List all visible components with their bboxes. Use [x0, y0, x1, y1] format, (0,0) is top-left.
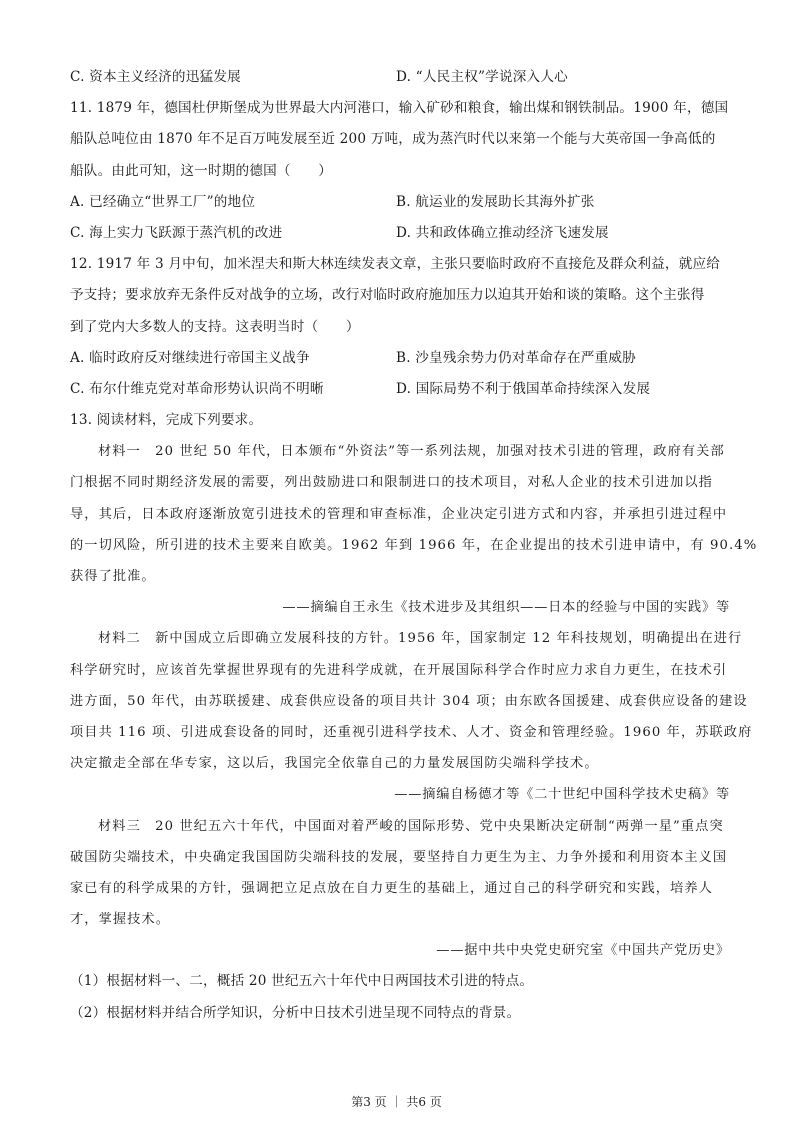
option-text: 已经确立“世界工厂”的地位	[89, 194, 255, 210]
q10-option-c: C. 资本主义经济的迅猛发展	[70, 62, 396, 93]
question-11: 11. 1879 年，德国杜伊斯堡成为世界最大内河港口，输入矿砂和粮食，输出煤和…	[70, 93, 730, 249]
option-text: “人民主权”学说深入人心	[416, 69, 568, 85]
material-line: 材料一 20 世纪 50 年代，日本颁布“外资法”等一系列法规，加强对技术引进的…	[70, 436, 730, 467]
option-label: A.	[70, 194, 85, 210]
q10-option-d: D. “人民主权”学说深入人心	[396, 62, 722, 93]
q13-intro: 13. 阅读材料，完成下列要求。	[70, 405, 730, 436]
q13-subquestion-1: （1）根据材料一、二，概括 20 世纪五六十年代中日两国技术引进的特点。	[70, 966, 730, 997]
q12-options-row-cd: C. 布尔什维克党对革命形势认识尚不明晰 D. 国际局势不利于俄国革命持续深入发…	[70, 374, 730, 405]
material-line: 材料二 新中国成立后即确立发展科技的方针。1956 年，国家制定 12 年科技规…	[70, 623, 730, 654]
q10-options-row-cd: C. 资本主义经济的迅猛发展 D. “人民主权”学说深入人心	[70, 62, 730, 93]
q12-stem-line: 12. 1917 年 3 月中旬，加米涅夫和斯大林连续发表文章，主张只要临时政府…	[70, 249, 730, 280]
material-line: 的一切风险，所引进的技术主要来自欧美。1962 年到 1966 年，在企业提出的…	[70, 530, 730, 561]
material-line: 门根据不同时期经济发展的需要，列出鼓励进口和限制进口的技术项目，对私人企业的技术…	[70, 467, 730, 498]
q11-options-row-cd: C. 海上实力飞跃源于蒸汽机的改进 D. 共和政体确立推动经济飞速发展	[70, 218, 730, 249]
option-label: D.	[396, 69, 411, 85]
material-line: 进方面，50 年代，由苏联援建、成套供应设备的项目共计 304 项；由东欧各国援…	[70, 686, 730, 717]
q11-stem-line: 船队。由此可知，这一时期的德国（ ）	[70, 156, 730, 187]
page-footer: 第3 页 ｜ 共6 页	[0, 1093, 793, 1110]
material-line: 破国防尖端技术，中央确定我国国防尖端科技的发展，要坚持自力更生为主、力争外援和利…	[70, 842, 730, 873]
q12-stem-line: 予支持；要求放弃无条件反对战争的立场，改行对临时政府施加压力以迫其开始和谈的策略…	[70, 280, 730, 311]
exam-page: C. 资本主义经济的迅猛发展 D. “人民主权”学说深入人心 11. 1879 …	[70, 62, 730, 1029]
q12-option-c: C. 布尔什维克党对革命形势认识尚不明晰	[70, 374, 396, 405]
option-label: A.	[70, 350, 85, 366]
material-2: 材料二 新中国成立后即确立发展科技的方针。1956 年，国家制定 12 年科技规…	[70, 623, 730, 810]
material-source: ——摘编自杨德才等《二十世纪中国科学技术史稿》等	[70, 779, 730, 810]
q12-option-d: D. 国际局势不利于俄国革命持续深入发展	[396, 374, 722, 405]
option-label: D.	[396, 225, 411, 241]
option-text: 共和政体确立推动经济飞速发展	[416, 225, 609, 241]
q11-stem-line: 船队总吨位由 1870 年不足百万吨发展至近 200 万吨，成为蒸汽时代以来第一…	[70, 124, 730, 155]
q11-option-b: B. 航运业的发展助长其海外扩张	[396, 187, 722, 218]
option-label: B.	[396, 350, 411, 366]
option-text: 资本主义经济的迅猛发展	[89, 69, 241, 85]
option-label: C.	[70, 381, 85, 397]
option-text: 临时政府反对继续进行帝国主义战争	[89, 350, 310, 366]
q12-options-row-ab: A. 临时政府反对继续进行帝国主义战争 B. 沙皇残余势力仍对革命存在严重威胁	[70, 343, 730, 374]
material-line: 科学研究时，应该首先掌握世界现有的先进科学成就，在开展国际科学合作时应力求自力更…	[70, 655, 730, 686]
material-line: 获得了批准。	[70, 561, 730, 592]
material-line: 导，其后，日本政府逐渐放宽引进技术的管理和审查标准，企业决定引进方式和内容，并承…	[70, 499, 730, 530]
option-label: D.	[396, 381, 411, 397]
q12-stem-line: 到了党内大多数人的支持。这表明当时（ ）	[70, 312, 730, 343]
option-label: B.	[396, 194, 411, 210]
q11-option-c: C. 海上实力飞跃源于蒸汽机的改进	[70, 218, 396, 249]
material-3: 材料三 20 世纪五六十年代，中国面对着严峻的国际形势、党中央果断决定研制“两弹…	[70, 811, 730, 967]
option-text: 国际局势不利于俄国革命持续深入发展	[416, 381, 651, 397]
option-label: C.	[70, 69, 85, 85]
material-line: 材料三 20 世纪五六十年代，中国面对着严峻的国际形势、党中央果断决定研制“两弹…	[70, 811, 730, 842]
option-text: 沙皇残余势力仍对革命存在严重威胁	[415, 350, 636, 366]
q12-option-b: B. 沙皇残余势力仍对革命存在严重威胁	[396, 343, 722, 374]
material-1: 材料一 20 世纪 50 年代，日本颁布“外资法”等一系列法规，加强对技术引进的…	[70, 436, 730, 623]
q11-option-a: A. 已经确立“世界工厂”的地位	[70, 187, 396, 218]
material-source: ——据中共中央党史研究室《中国共产党历史》	[70, 935, 730, 966]
option-text: 航运业的发展助长其海外扩张	[415, 194, 594, 210]
option-text: 布尔什维克党对革命形势认识尚不明晰	[89, 381, 324, 397]
q11-options-row-ab: A. 已经确立“世界工厂”的地位 B. 航运业的发展助长其海外扩张	[70, 187, 730, 218]
q11-option-d: D. 共和政体确立推动经济飞速发展	[396, 218, 722, 249]
question-12: 12. 1917 年 3 月中旬，加米涅夫和斯大林连续发表文章，主张只要临时政府…	[70, 249, 730, 405]
material-line: 才，掌握技术。	[70, 904, 730, 935]
material-line: 项目共 116 项、引进成套设备的同时，还重视引进科学技术、人才、资金和管理经验…	[70, 717, 730, 748]
material-line: 决定撤走全部在华专家，这以后，我国完全依靠自己的力量发展国防尖端科学技术。	[70, 748, 730, 779]
q13-subquestion-2: （2）根据材料并结合所学知识，分析中日技术引进呈现不同特点的背景。	[70, 998, 730, 1029]
question-13: 13. 阅读材料，完成下列要求。 材料一 20 世纪 50 年代，日本颁布“外资…	[70, 405, 730, 1029]
material-source: ——摘编自王永生《技术进步及其组织——日本的经验与中国的实践》等	[70, 592, 730, 623]
option-label: C.	[70, 225, 85, 241]
option-text: 海上实力飞跃源于蒸汽机的改进	[89, 225, 282, 241]
material-line: 家已有的科学成果的方针，强调把立足点放在自力更生的基础上，通过自己的科学研究和实…	[70, 873, 730, 904]
q12-option-a: A. 临时政府反对继续进行帝国主义战争	[70, 343, 396, 374]
q11-stem-line: 11. 1879 年，德国杜伊斯堡成为世界最大内河港口，输入矿砂和粮食，输出煤和…	[70, 93, 730, 124]
